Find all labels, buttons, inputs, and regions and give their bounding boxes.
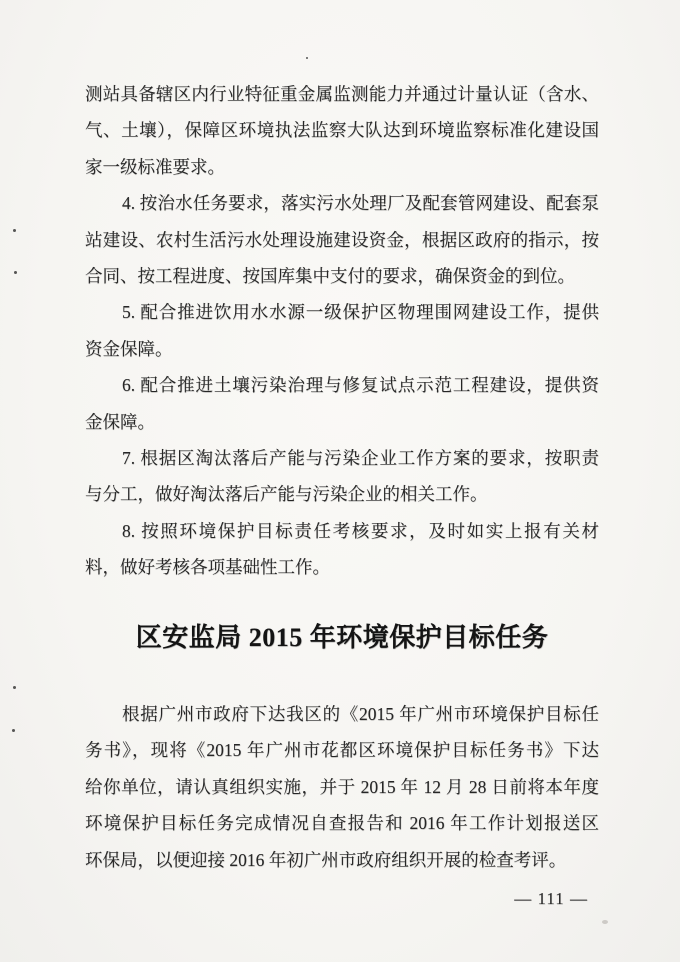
text-line: 测站具备辖区内行业特征重金属监测能力并通过计量认证（含水、 — [85, 76, 599, 112]
text-line: 站建设、农村生活污水处理设施建设资金，根据区政府的指示，按 — [85, 222, 599, 258]
text-line: 环境保护目标任务完成情况自查报告和 2016 年工作计划报送区 — [85, 805, 599, 841]
scan-speck — [13, 229, 16, 232]
text-line: 务书》，现将《2015 年广州市花都区环境保护目标任务书》下达 — [85, 732, 599, 768]
scanned-document-page: 测站具备辖区内行业特征重金属监测能力并通过计量认证（含水、 气、土壤），保障区环… — [0, 0, 680, 962]
scan-speck — [13, 686, 16, 689]
text-line: 4. 按治水任务要求，落实污水处理厂及配套管网建设、配套泵 — [85, 185, 599, 221]
scan-speck — [306, 57, 308, 59]
text-line: 8. 按照环境保护目标责任考核要求，及时如实上报有关材 — [85, 513, 599, 549]
text-line: 环保局，以便迎接 2016 年初广州市政府组织开展的检查考评。 — [85, 842, 599, 878]
text-line: 给你单位，请认真组织实施，并于 2015 年 12 月 28 日前将本年度 — [85, 769, 599, 805]
text-line: 与分工，做好淘汰落后产能与污染企业的相关工作。 — [85, 476, 599, 512]
text-line: 金保障。 — [85, 404, 599, 440]
text-line: 5. 配合推进饮用水水源一级保护区物理围网建设工作，提供 — [85, 294, 599, 330]
text-line: 6. 配合推进土壤污染治理与修复试点示范工程建设，提供资 — [85, 367, 599, 403]
text-line: 根据广州市政府下达我区的《2015 年广州市环境保护目标任 — [85, 696, 599, 732]
text-line: 合同、按工程进度、按国库集中支付的要求，确保资金的到位。 — [85, 258, 599, 294]
text-line: 7. 根据区淘汰落后产能与污染企业工作方案的要求，按职责 — [85, 440, 599, 476]
text-line: 料，做好考核各项基础性工作。 — [85, 549, 599, 585]
body-text-block: 测站具备辖区内行业特征重金属监测能力并通过计量认证（含水、 气、土壤），保障区环… — [85, 76, 599, 585]
page-number: — 111 — — [514, 888, 588, 910]
text-line: 家一级标准要求。 — [85, 149, 599, 185]
scan-speck — [14, 271, 17, 274]
section-title: 区安监局 2015 年环境保护目标任务 — [85, 621, 599, 654]
text-line: 气、土壤），保障区环境执法监察大队达到环境监察标准化建设国 — [85, 112, 599, 148]
text-line: 资金保障。 — [85, 331, 599, 367]
scan-speck — [12, 729, 15, 732]
scan-smudge — [602, 920, 608, 924]
closing-paragraph-block: 根据广州市政府下达我区的《2015 年广州市环境保护目标任 务书》，现将《201… — [85, 696, 599, 878]
